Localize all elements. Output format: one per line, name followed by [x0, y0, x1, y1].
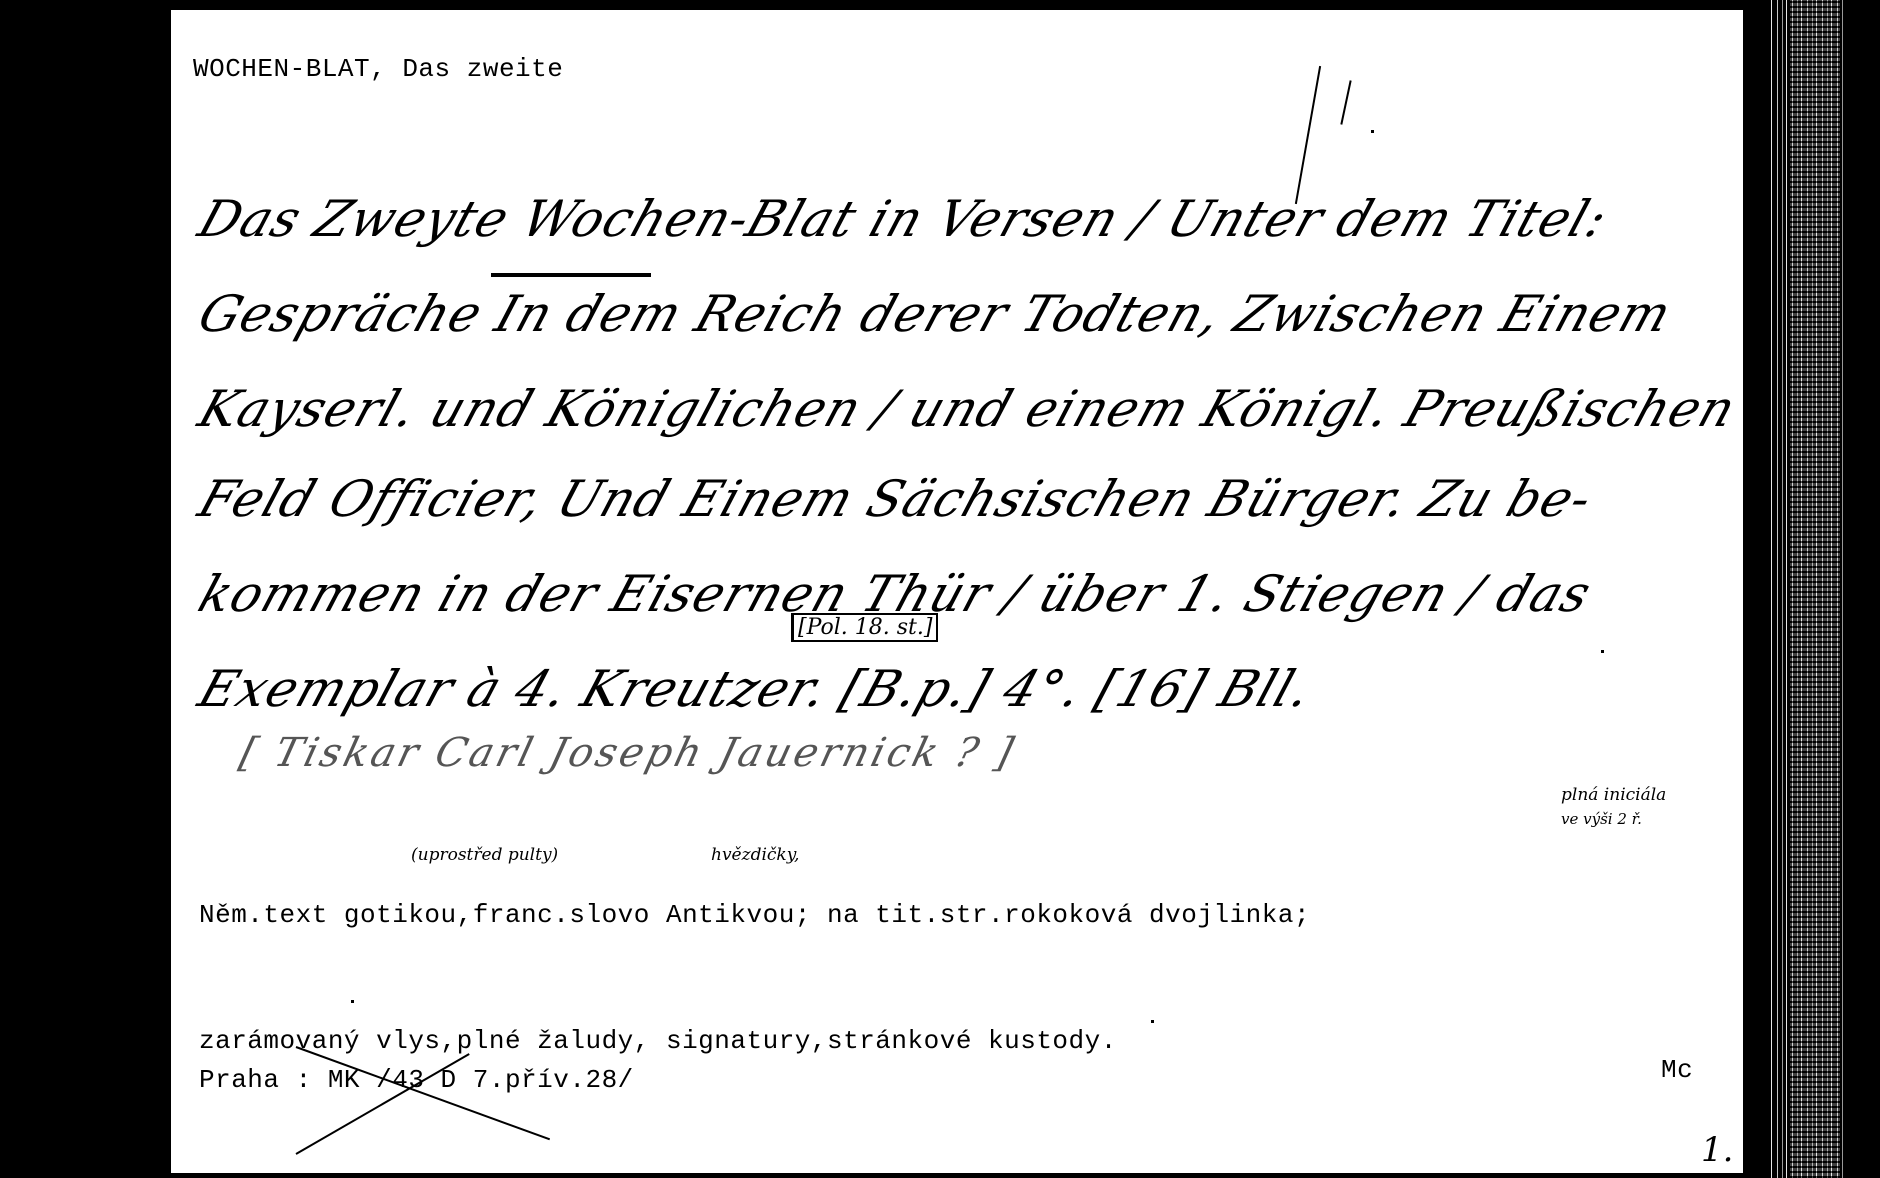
pencil-mark [1295, 66, 1321, 204]
scan-speck [351, 1000, 354, 1003]
faint-pencil-note: [ Tiskar Carl Joseph Jauernick ? ] [235, 730, 1020, 776]
handwritten-title-line: Gespräche In dem Reich derer Todten, Zwi… [192, 285, 1679, 343]
bracket-note: [Pol. 18. st.] [791, 613, 938, 642]
scan-speck [1601, 650, 1604, 653]
title-underline [491, 273, 651, 277]
scan-edge-noise [1790, 0, 1840, 1178]
catalog-card: WOCHEN-BLAT, Das zweite Das Zweyte Woche… [171, 10, 1743, 1173]
annotation-initial: plná iniciála [1561, 785, 1666, 805]
card-heading: WOCHEN-BLAT, Das zweite [193, 54, 563, 84]
handwritten-title-line: Das Zweyte Wochen-Blat in Versen / Unter… [192, 190, 1616, 248]
pencil-mark [1340, 80, 1351, 124]
annotation-zaludy: hvězdičky, [711, 845, 799, 865]
notes-line: Něm.text gotikou,franc.slovo Antikvou; n… [199, 894, 1310, 936]
page-number: 1. [1701, 1130, 1733, 1170]
annotation-height: ve výši 2 ř. [1561, 810, 1642, 828]
cataloguer-initials: Mc [1661, 1055, 1693, 1085]
shelfmark: Praha : MK /43 D 7.přív.28/ [199, 1065, 634, 1095]
handwritten-title-line: Feld Officier, Und Einem Sächsischen Bür… [192, 470, 1600, 528]
handwritten-title-line: Exemplar à 4. Kreutzer. [B.p.] 4°. [16] … [192, 660, 1320, 718]
annotation-vlys: (uprostřed pulty) [411, 845, 558, 865]
handwritten-title-line: Kayserl. und Königlichen / und einem Kön… [192, 380, 1744, 438]
scan-speck [1151, 1020, 1154, 1023]
scan-speck [1371, 130, 1374, 133]
notes-line: zarámovaný vlys,plné žaludy, signatury,s… [199, 1020, 1310, 1062]
